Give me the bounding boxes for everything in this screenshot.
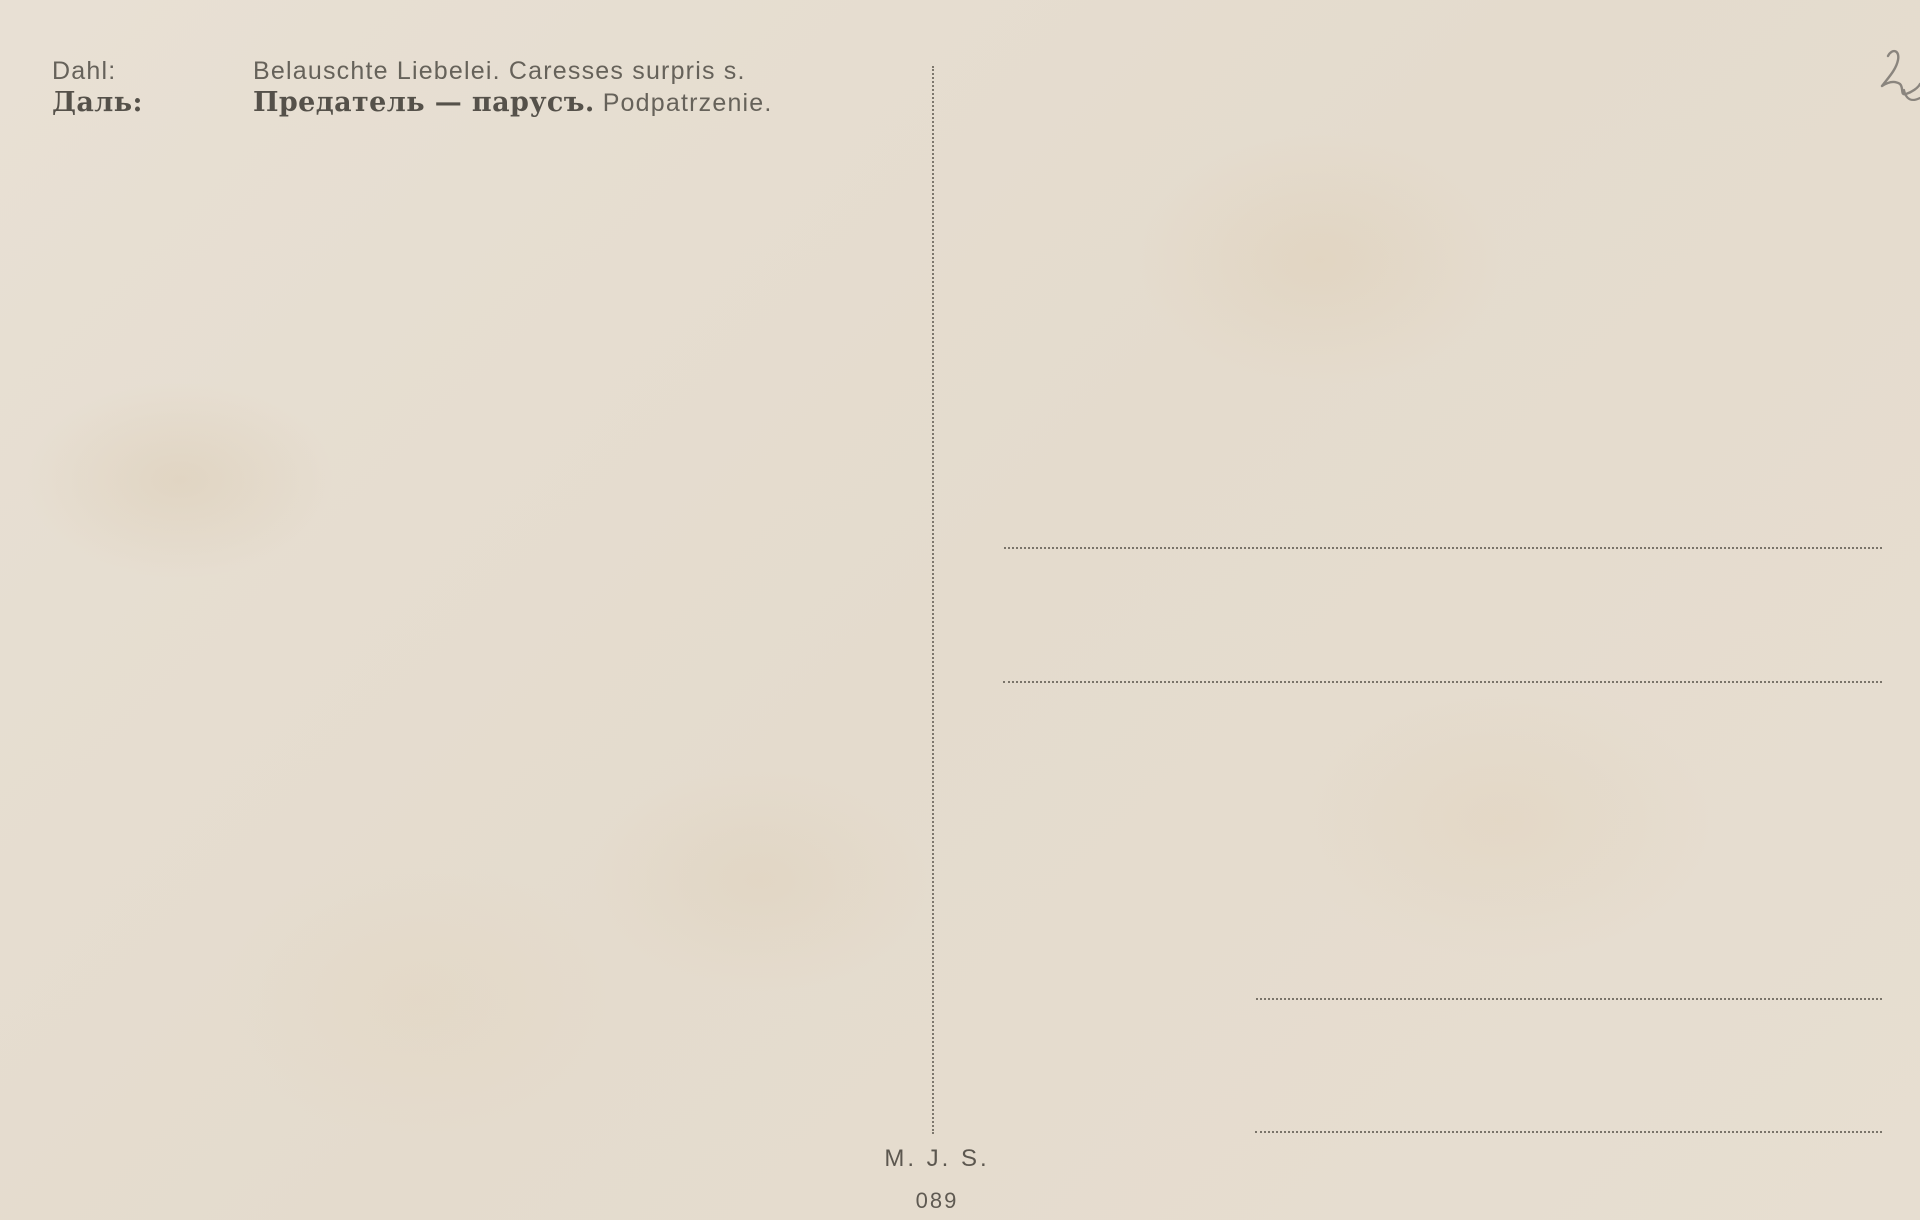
pencil-mark-icon <box>1874 44 1920 114</box>
title-polish: Podpatrzenie. <box>603 89 773 117</box>
title-german-french: Belauschte Liebelei. Caresses surpris s. <box>253 57 746 85</box>
title-russian: Предатель — парусъ. <box>253 87 595 118</box>
message-address-divider <box>932 66 934 1134</box>
address-line-1 <box>1004 547 1882 549</box>
address-line-4 <box>1255 1131 1882 1133</box>
catalog-number: 089 <box>0 1188 1874 1214</box>
caption-latin: Dahl:Belauschte Liebelei. Caresses surpr… <box>52 57 746 86</box>
address-line-3 <box>1256 998 1882 1000</box>
author-name-cyrillic: Даль: <box>52 87 253 118</box>
author-name-latin: Dahl: <box>52 57 253 86</box>
address-line-2 <box>1003 681 1882 683</box>
caption-cyrillic: Даль:Предатель — парусъ.Podpatrzenie. <box>52 86 773 119</box>
publisher-mark: M. J. S. <box>0 1145 1874 1173</box>
postcard-back: Dahl:Belauschte Liebelei. Caresses surpr… <box>0 0 1920 1220</box>
